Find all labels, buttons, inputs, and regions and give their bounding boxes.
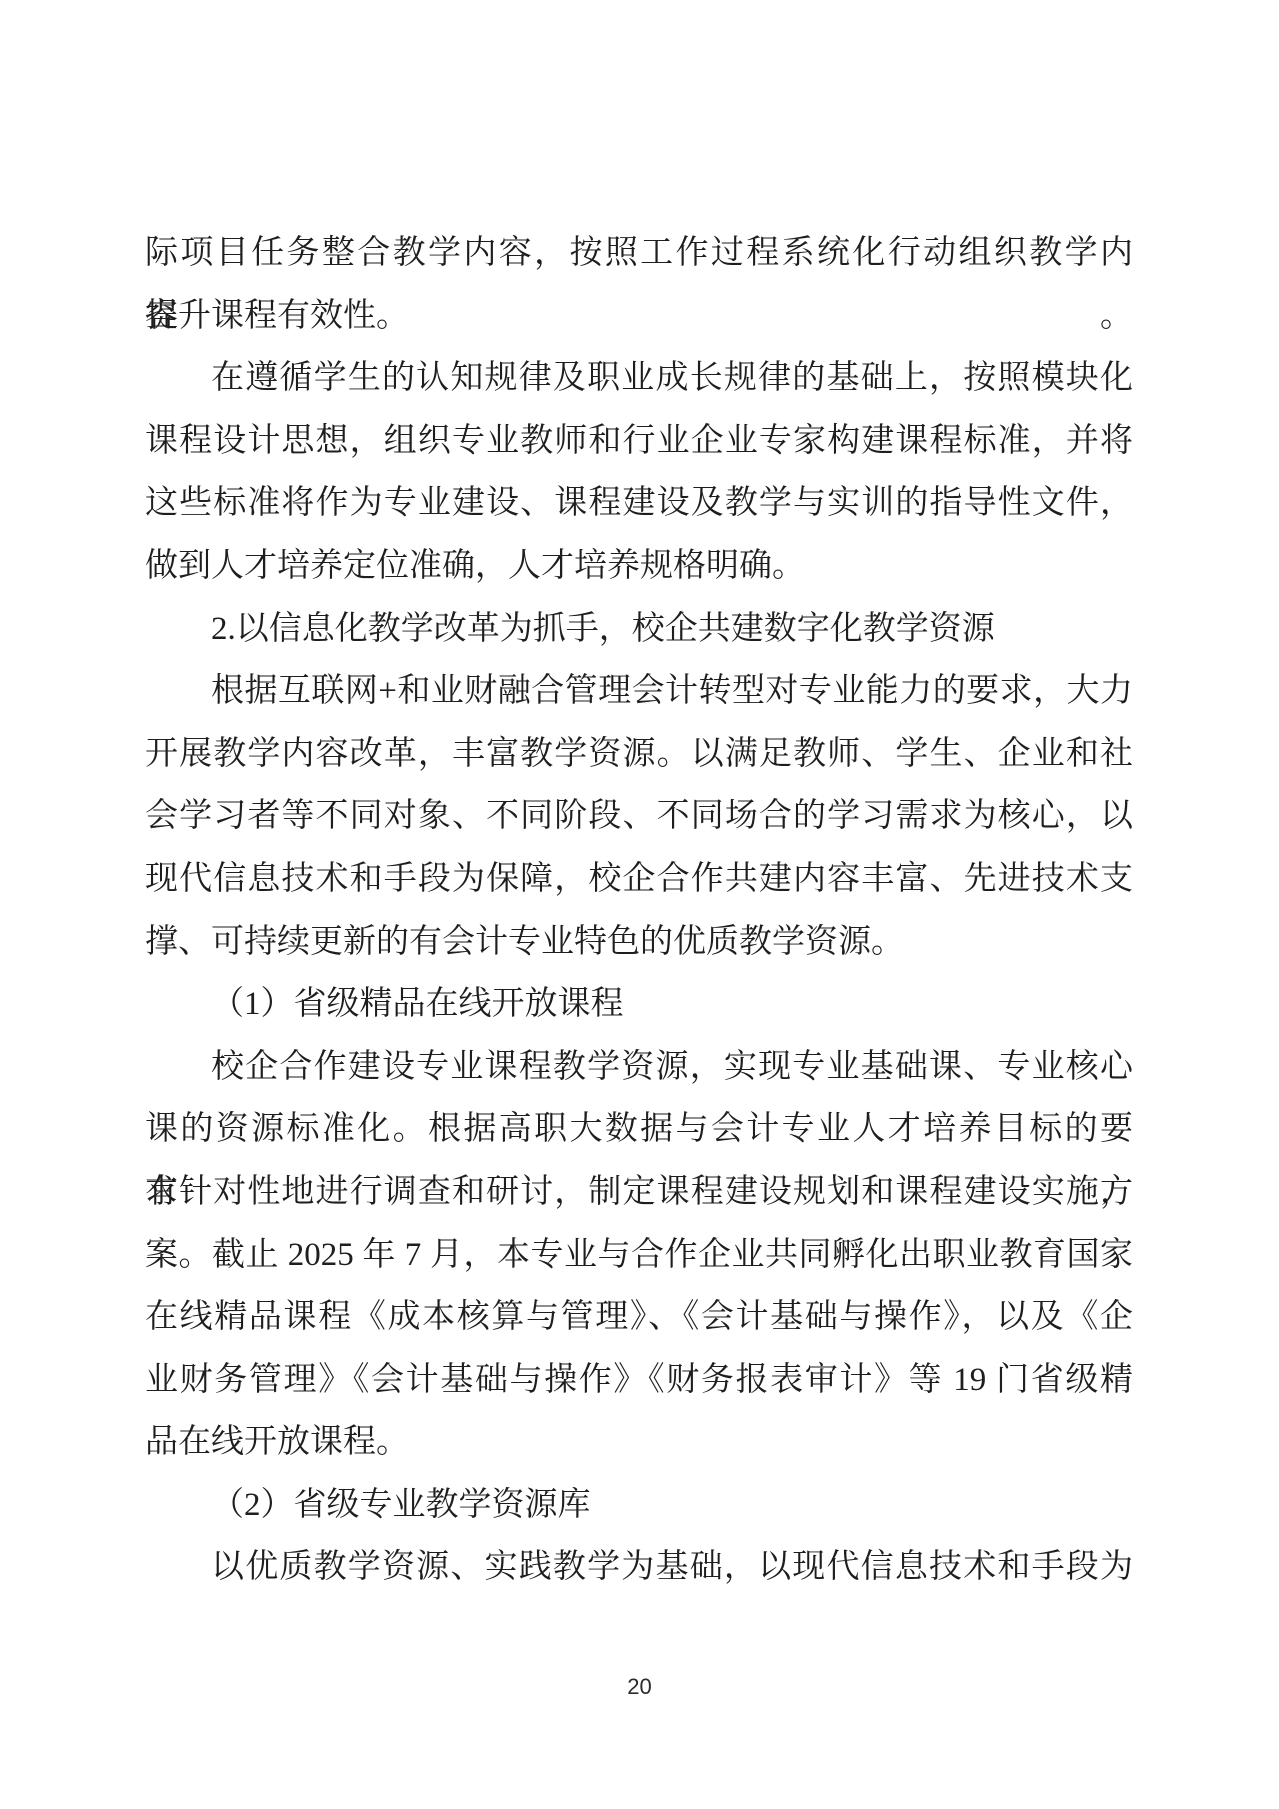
text-line: 业财务管理》《会计基础与操作》《财务报表审计》等 19 门省级精 [145, 1349, 1133, 1412]
paragraph: 际项目任务整合教学内容，按照工作过程系统化行动组织教学内容。提升课程有效性。 [145, 222, 1133, 347]
text-line: 撑、可持续更新的有会计专业特色的优质教学资源。 [145, 911, 1133, 974]
text-line: 际项目任务整合教学内容，按照工作过程系统化行动组织教学内容。 [145, 222, 1133, 285]
text-line: 案。截止 2025 年 7 月，本专业与合作企业共同孵化出职业教育国家 [145, 1224, 1133, 1287]
text-line: 会学习者等不同对象、不同阶段、不同场合的学习需求为核心，以 [145, 785, 1133, 848]
paragraph: 校企合作建设专业课程教学资源，实现专业基础课、专业核心课的资源标准化。根据高职大… [145, 1036, 1133, 1474]
text-line: 在遵循学生的认知规律及职业成长规律的基础上，按照模块化 [145, 347, 1133, 410]
text-line: 这些标准将作为专业建设、课程建设及教学与实训的指导性文件， [145, 472, 1133, 535]
text-line: 现代信息技术和手段为保障，校企合作共建内容丰富、先进技术支 [145, 848, 1133, 911]
text-line: 品在线开放课程。 [145, 1411, 1133, 1474]
text-line: 开展教学内容改革，丰富教学资源。以满足教师、学生、企业和社 [145, 723, 1133, 786]
text-line: 2.以信息化教学改革为抓手，校企共建数字化教学资源 [145, 598, 1133, 661]
page-footer: 20 [0, 1674, 1279, 1700]
page-number: 20 [627, 1674, 651, 1699]
paragraph: 根据互联网+和业财融合管理会计转型对专业能力的要求，大力开展教学内容改革，丰富教… [145, 660, 1133, 973]
paragraph: （2）省级专业教学资源库 [145, 1474, 1133, 1537]
text-line: （1）省级精品在线开放课程 [145, 973, 1133, 1036]
document-page: 际项目任务整合教学内容，按照工作过程系统化行动组织教学内容。提升课程有效性。在遵… [0, 0, 1279, 1809]
text-line: 做到人才培养定位准确，人才培养规格明确。 [145, 535, 1133, 598]
text-line: 课的资源标准化。根据高职大数据与会计专业人才培养目标的要求， [145, 1098, 1133, 1161]
text-block: 际项目任务整合教学内容，按照工作过程系统化行动组织教学内容。提升课程有效性。在遵… [145, 222, 1133, 1599]
text-line: 以优质教学资源、实践教学为基础，以现代信息技术和手段为 [145, 1536, 1133, 1599]
text-line: 根据互联网+和业财融合管理会计转型对专业能力的要求，大力 [145, 660, 1133, 723]
text-line: 课程设计思想，组织专业教师和行业企业专家构建课程标准，并将 [145, 410, 1133, 473]
text-line: 有针对性地进行调查和研讨，制定课程建设规划和课程建设实施方 [145, 1161, 1133, 1224]
text-line: （2）省级专业教学资源库 [145, 1474, 1133, 1537]
paragraph: （1）省级精品在线开放课程 [145, 973, 1133, 1036]
text-line: 校企合作建设专业课程教学资源，实现专业基础课、专业核心 [145, 1036, 1133, 1099]
paragraph: 2.以信息化教学改革为抓手，校企共建数字化教学资源 [145, 598, 1133, 661]
paragraph: 以优质教学资源、实践教学为基础，以现代信息技术和手段为 [145, 1536, 1133, 1599]
text-line: 在线精品课程《成本核算与管理》、《会计基础与操作》，以及《企 [145, 1286, 1133, 1349]
paragraph: 在遵循学生的认知规律及职业成长规律的基础上，按照模块化课程设计思想，组织专业教师… [145, 347, 1133, 597]
